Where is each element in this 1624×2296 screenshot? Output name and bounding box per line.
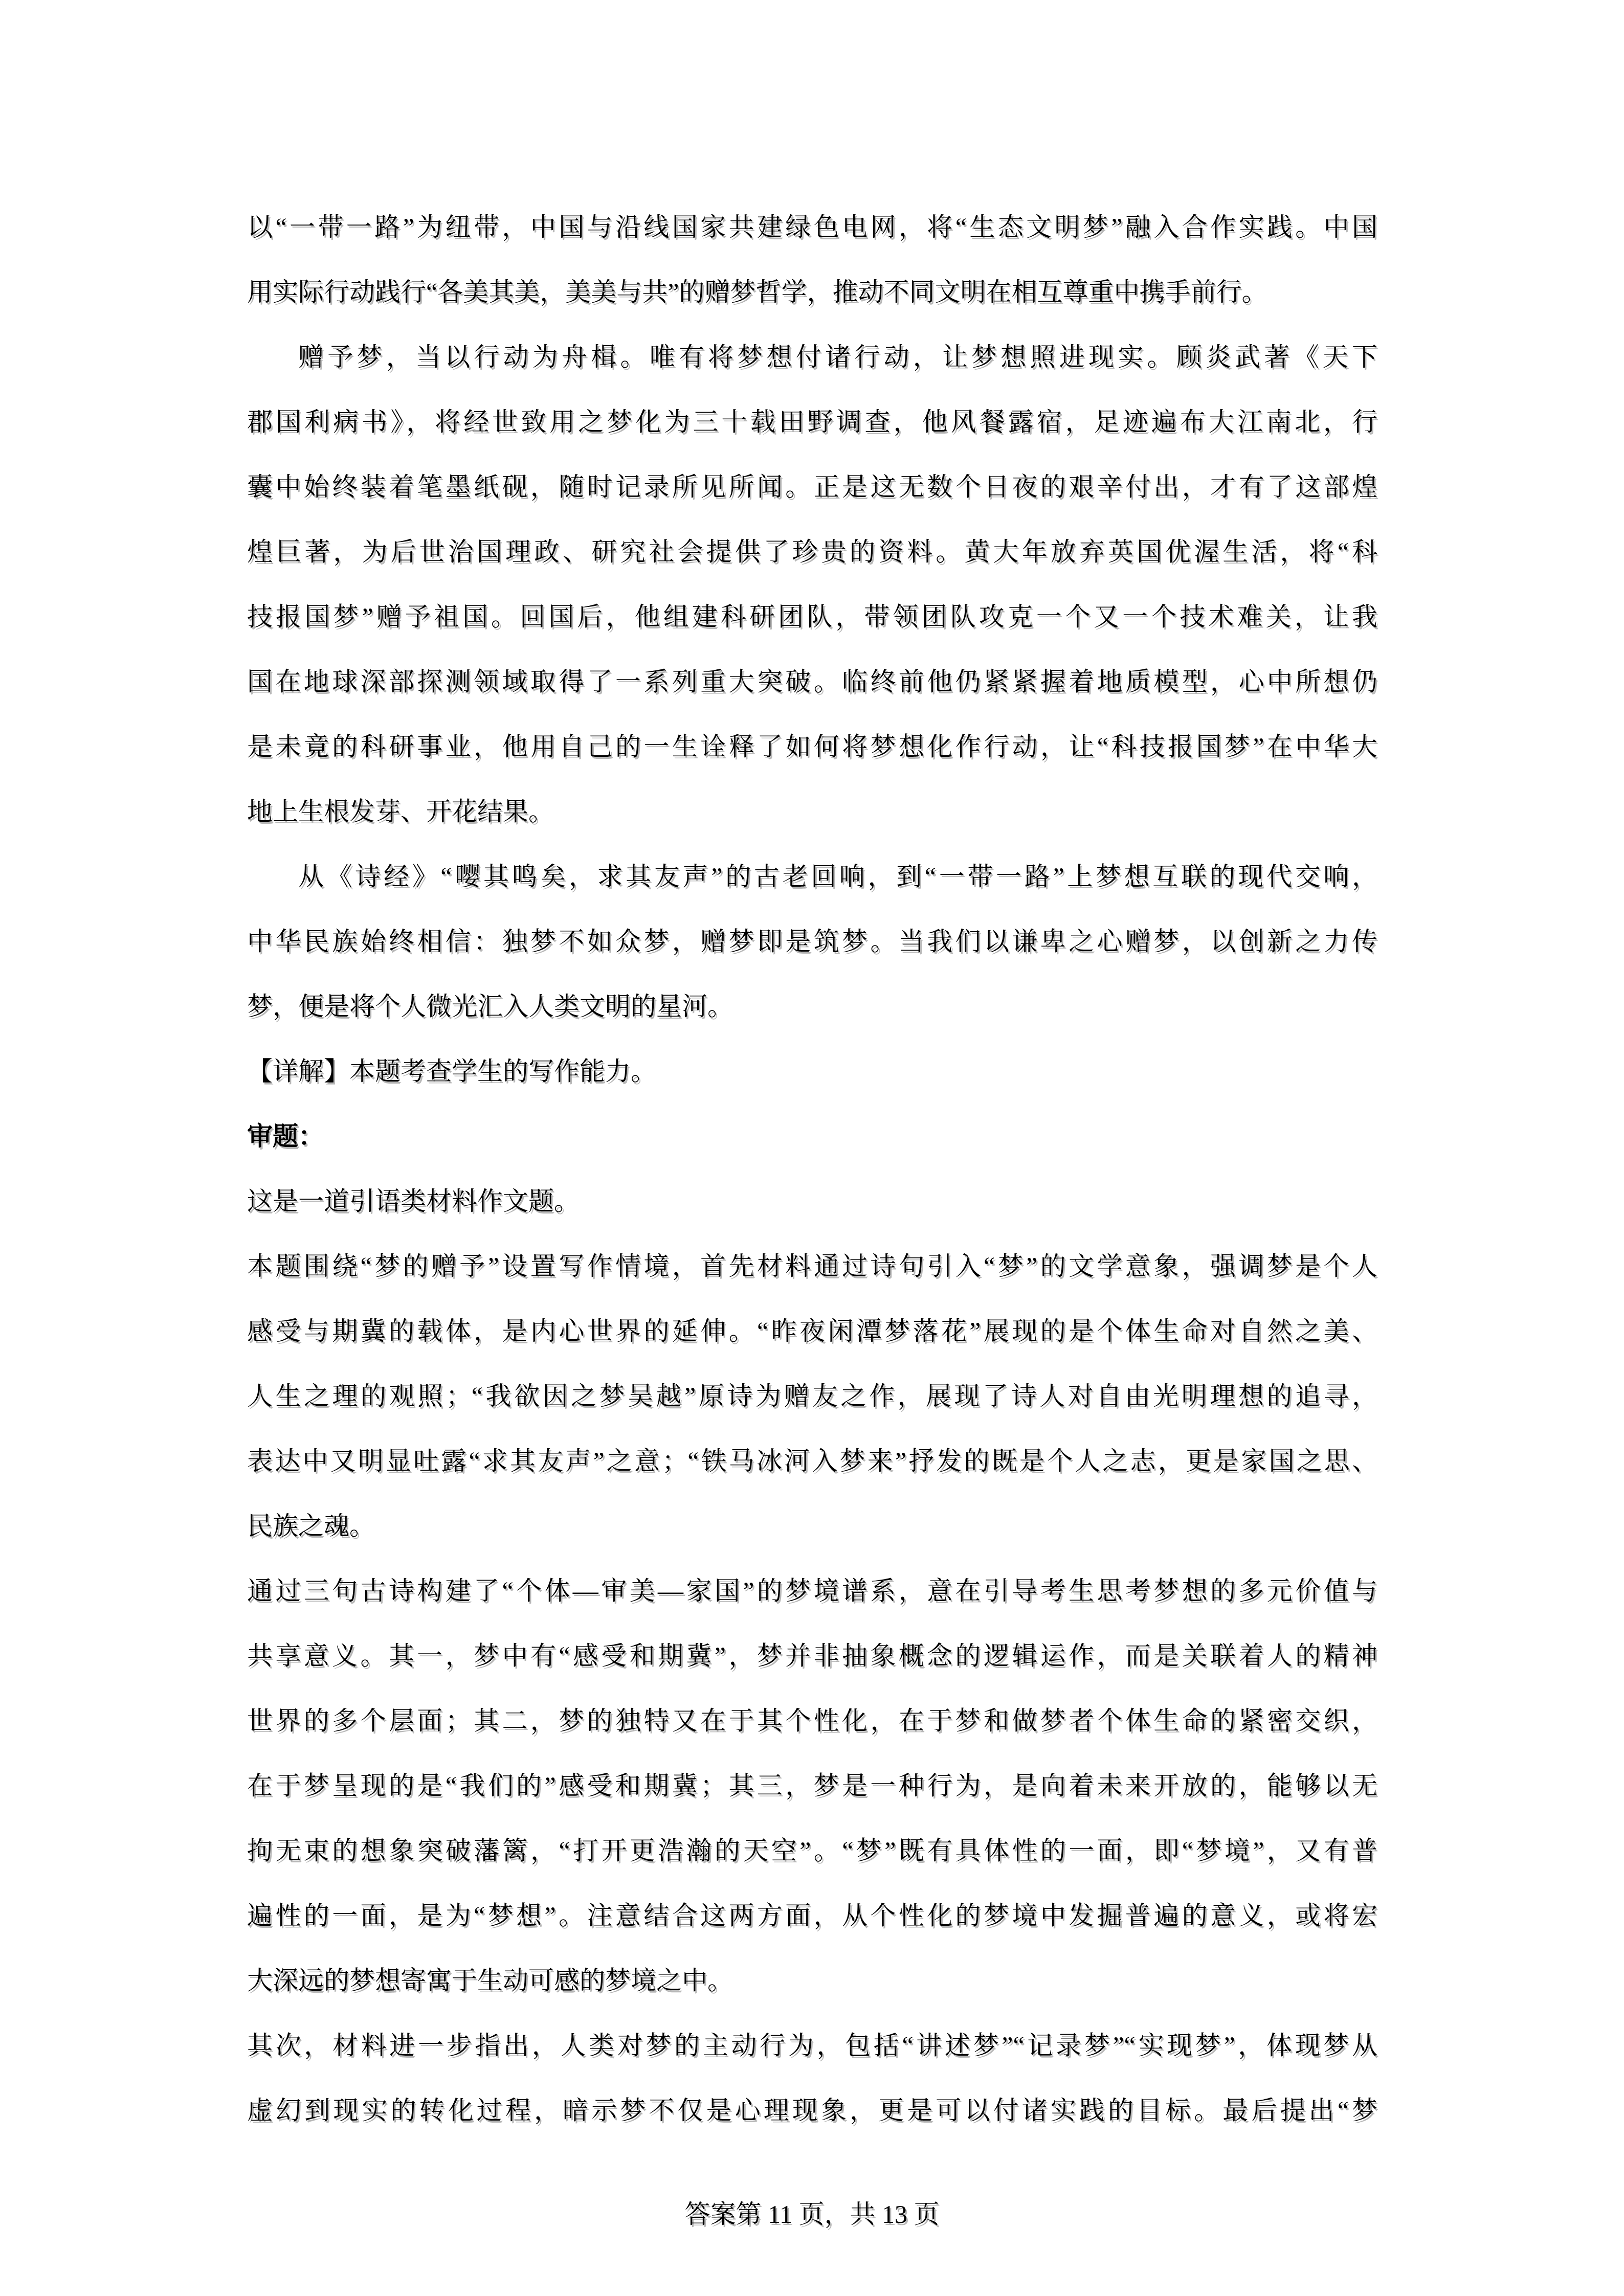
text-line: 中华民族始终相信：独梦不如众梦，赠梦即是筑梦。当我们以谦卑之心赠梦，以创新之力传 bbox=[247, 909, 1377, 974]
text-line: 用实际行动践行“各美其美，美美与共”的赠梦哲学，推动不同文明在相互尊重中携手前行… bbox=[247, 260, 1377, 325]
text-line: 从《诗经》“嘤其鸣矣，求其友声”的古老回响，到“一带一路”上梦想互联的现代交响， bbox=[247, 844, 1377, 909]
text-line: 这是一道引语类材料作文题。 bbox=[247, 1169, 1377, 1234]
text-line: 囊中始终装着笔墨纸砚，随时记录所见所闻。正是这无数个日夜的艰辛付出，才有了这部煌 bbox=[247, 455, 1377, 520]
text-line: 审题： bbox=[247, 1104, 1377, 1169]
text-line: 世界的多个层面；其二，梦的独特又在于其个性化，在于梦和做梦者个体生命的紧密交织， bbox=[247, 1689, 1377, 1753]
text-line: 国在地球深部探测领域取得了一系列重大突破。临终前他仍紧紧握着地质模型，心中所想仍 bbox=[247, 649, 1377, 714]
text-line: 本题围绕“梦的赠予”设置写作情境，首先材料通过诗句引入“梦”的文学意象，强调梦是… bbox=[247, 1234, 1377, 1299]
page-text: 以“一带一路”为纽带，中国与沿线国家共建绿色电网，将“生态文明梦”融入合作实践。… bbox=[247, 195, 1377, 2143]
text-line: 梦，便是将个人微光汇入人类文明的星河。 bbox=[247, 974, 1377, 1039]
text-line: 感受与期冀的载体，是内心世界的延伸。“昨夜闲潭梦落花”展现的是个体生命对自然之美… bbox=[247, 1299, 1377, 1364]
text-line: 技报国梦”赠予祖国。回国后，他组建科研团队，带领团队攻克一个又一个技术难关，让我 bbox=[247, 584, 1377, 649]
text-line: 其次，材料进一步指出，人类对梦的主动行为，包括“讲述梦”“记录梦”“实现梦”，体… bbox=[247, 2013, 1377, 2078]
text-line: 民族之魂。 bbox=[247, 1494, 1377, 1559]
text-line: 煌巨著，为后世治国理政、研究社会提供了珍贵的资料。黄大年放弃英国优渥生活，将“科 bbox=[247, 520, 1377, 584]
page-footer: 答案第 11 页，共 13 页 bbox=[0, 2199, 1624, 2230]
text-line: 表达中又明显吐露“求其友声”之意；“铁马冰河入梦来”抒发的既是个人之志，更是家国… bbox=[247, 1429, 1377, 1494]
text-line: 虚幻到现实的转化过程，暗示梦不仅是心理现象，更是可以付诸实践的目标。最后提出“梦 bbox=[247, 2078, 1377, 2143]
text-line: 通过三句古诗构建了“个体—审美—家国”的梦境谱系，意在引导考生思考梦想的多元价值… bbox=[247, 1559, 1377, 1624]
text-line: 以“一带一路”为纽带，中国与沿线国家共建绿色电网，将“生态文明梦”融入合作实践。… bbox=[247, 195, 1377, 260]
text-line: 遍性的一面，是为“梦想”。注意结合这两方面，从个性化的梦境中发掘普遍的意义，或将… bbox=[247, 1883, 1377, 1948]
text-line: 赠予梦，当以行动为舟楫。唯有将梦想付诸行动，让梦想照进现实。顾炎武著《天下 bbox=[247, 325, 1377, 390]
text-line: 共享意义。其一，梦中有“感受和期冀”，梦并非抽象概念的逻辑运作，而是关联着人的精… bbox=[247, 1624, 1377, 1689]
text-line: 【详解】本题考查学生的写作能力。 bbox=[247, 1039, 1377, 1104]
text-line: 郡国利病书》，将经世致用之梦化为三十载田野调查，他风餐露宿，足迹遍布大江南北，行 bbox=[247, 390, 1377, 455]
text-line: 人生之理的观照；“我欲因之梦吴越”原诗为赠友之作，展现了诗人对自由光明理想的追寻… bbox=[247, 1364, 1377, 1429]
document-page: 以“一带一路”为纽带，中国与沿线国家共建绿色电网，将“生态文明梦”融入合作实践。… bbox=[0, 0, 1624, 2296]
text-line: 大深远的梦想寄寓于生动可感的梦境之中。 bbox=[247, 1948, 1377, 2013]
text-line: 拘无束的想象突破藩篱，“打开更浩瀚的天空”。“梦”既有具体性的一面，即“梦境”，… bbox=[247, 1818, 1377, 1883]
text-line: 是未竟的科研事业，他用自己的一生诠释了如何将梦想化作行动，让“科技报国梦”在中华… bbox=[247, 714, 1377, 779]
text-line: 在于梦呈现的是“我们的”感受和期冀；其三，梦是一种行为，是向着未来开放的，能够以… bbox=[247, 1753, 1377, 1818]
text-line: 地上生根发芽、开花结果。 bbox=[247, 779, 1377, 844]
